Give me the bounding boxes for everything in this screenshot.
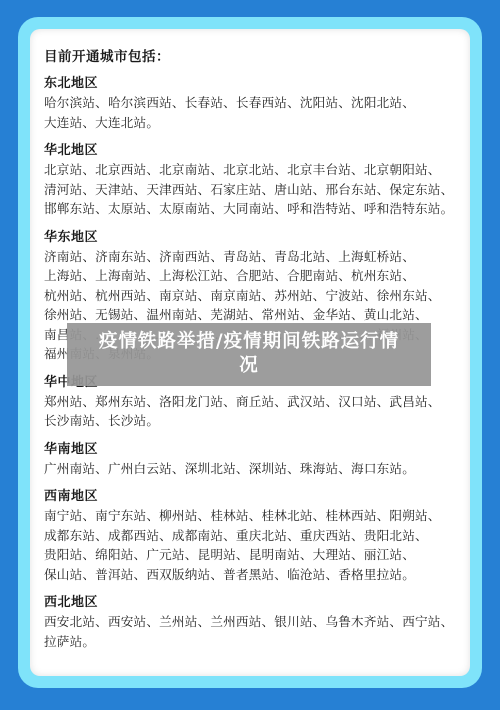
region-line: 拉萨站。 <box>44 632 460 652</box>
region-line: 长沙南站、长沙站。 <box>44 411 460 431</box>
region-line: 成都东站、成都西站、成都南站、重庆北站、重庆西站、贵阳北站、 <box>44 526 460 546</box>
region-line: 北京站、北京西站、北京南站、北京北站、北京丰台站、北京朝阳站、 <box>44 160 460 180</box>
page-title: 目前开通城市包括： <box>44 47 460 67</box>
region-heading: 华东地区 <box>44 228 460 247</box>
region-line: 大连站、大连北站。 <box>44 113 460 133</box>
region-line: 南宁站、南宁东站、柳州站、桂林站、桂林北站、桂林西站、阳朔站、 <box>44 506 460 526</box>
region-southwest: 西南地区 南宁站、南宁东站、柳州站、桂林站、桂林北站、桂林西站、阳朔站、 成都东… <box>44 487 460 584</box>
region-line: 清河站、天津站、天津西站、石家庄站、唐山站、邢台东站、保定东站、 <box>44 180 460 200</box>
region-heading: 华北地区 <box>44 141 460 160</box>
caption-line: 况 <box>67 354 431 378</box>
region-heading: 东北地区 <box>44 74 460 93</box>
caption-line: 疫情铁路举措/疫情期间铁路运行情 <box>67 330 431 354</box>
region-north: 华北地区 北京站、北京西站、北京南站、北京北站、北京丰台站、北京朝阳站、 清河站… <box>44 141 460 219</box>
region-line: 郑州站、郑州东站、洛阳龙门站、商丘站、武汉站、汉口站、武昌站、 <box>44 392 460 412</box>
region-line: 广州南站、广州白云站、深圳北站、深圳站、珠海站、海口东站。 <box>44 459 460 479</box>
region-line: 邯郸东站、太原站、太原南站、大同南站、呼和浩特站、呼和浩特东站。 <box>44 199 460 219</box>
region-line: 哈尔滨站、哈尔滨西站、长春站、长春西站、沈阳站、沈阳北站、 <box>44 93 460 113</box>
region-northwest: 西北地区 西安北站、西安站、兰州站、兰州西站、银川站、乌鲁木齐站、西宁站、 拉萨… <box>44 593 460 651</box>
region-heading: 西北地区 <box>44 593 460 612</box>
region-heading: 西南地区 <box>44 487 460 506</box>
region-line: 西安北站、西安站、兰州站、兰州西站、银川站、乌鲁木齐站、西宁站、 <box>44 612 460 632</box>
caption-overlay: 疫情铁路举措/疫情期间铁路运行情 况 <box>67 323 431 386</box>
region-south: 华南地区 广州南站、广州白云站、深圳北站、深圳站、珠海站、海口东站。 <box>44 440 460 479</box>
region-line: 上海站、上海南站、上海松江站、合肥站、合肥南站、杭州东站、 <box>44 266 460 286</box>
region-line: 徐州站、无锡站、温州南站、芜湖站、常州站、金华站、黄山北站、 <box>44 305 460 325</box>
region-line: 济南站、济南东站、济南西站、青岛站、青岛北站、上海虹桥站、 <box>44 247 460 267</box>
region-line: 杭州站、杭州西站、南京站、南京南站、苏州站、宁波站、徐州东站、 <box>44 286 460 306</box>
region-heading: 华南地区 <box>44 440 460 459</box>
region-line: 贵阳站、绵阳站、广元站、昆明站、昆明南站、大理站、丽江站、 <box>44 545 460 565</box>
region-northeast: 东北地区 哈尔滨站、哈尔滨西站、长春站、长春西站、沈阳站、沈阳北站、 大连站、大… <box>44 74 460 132</box>
region-line: 保山站、普洱站、西双版纳站、普者黑站、临沧站、香格里拉站。 <box>44 565 460 585</box>
